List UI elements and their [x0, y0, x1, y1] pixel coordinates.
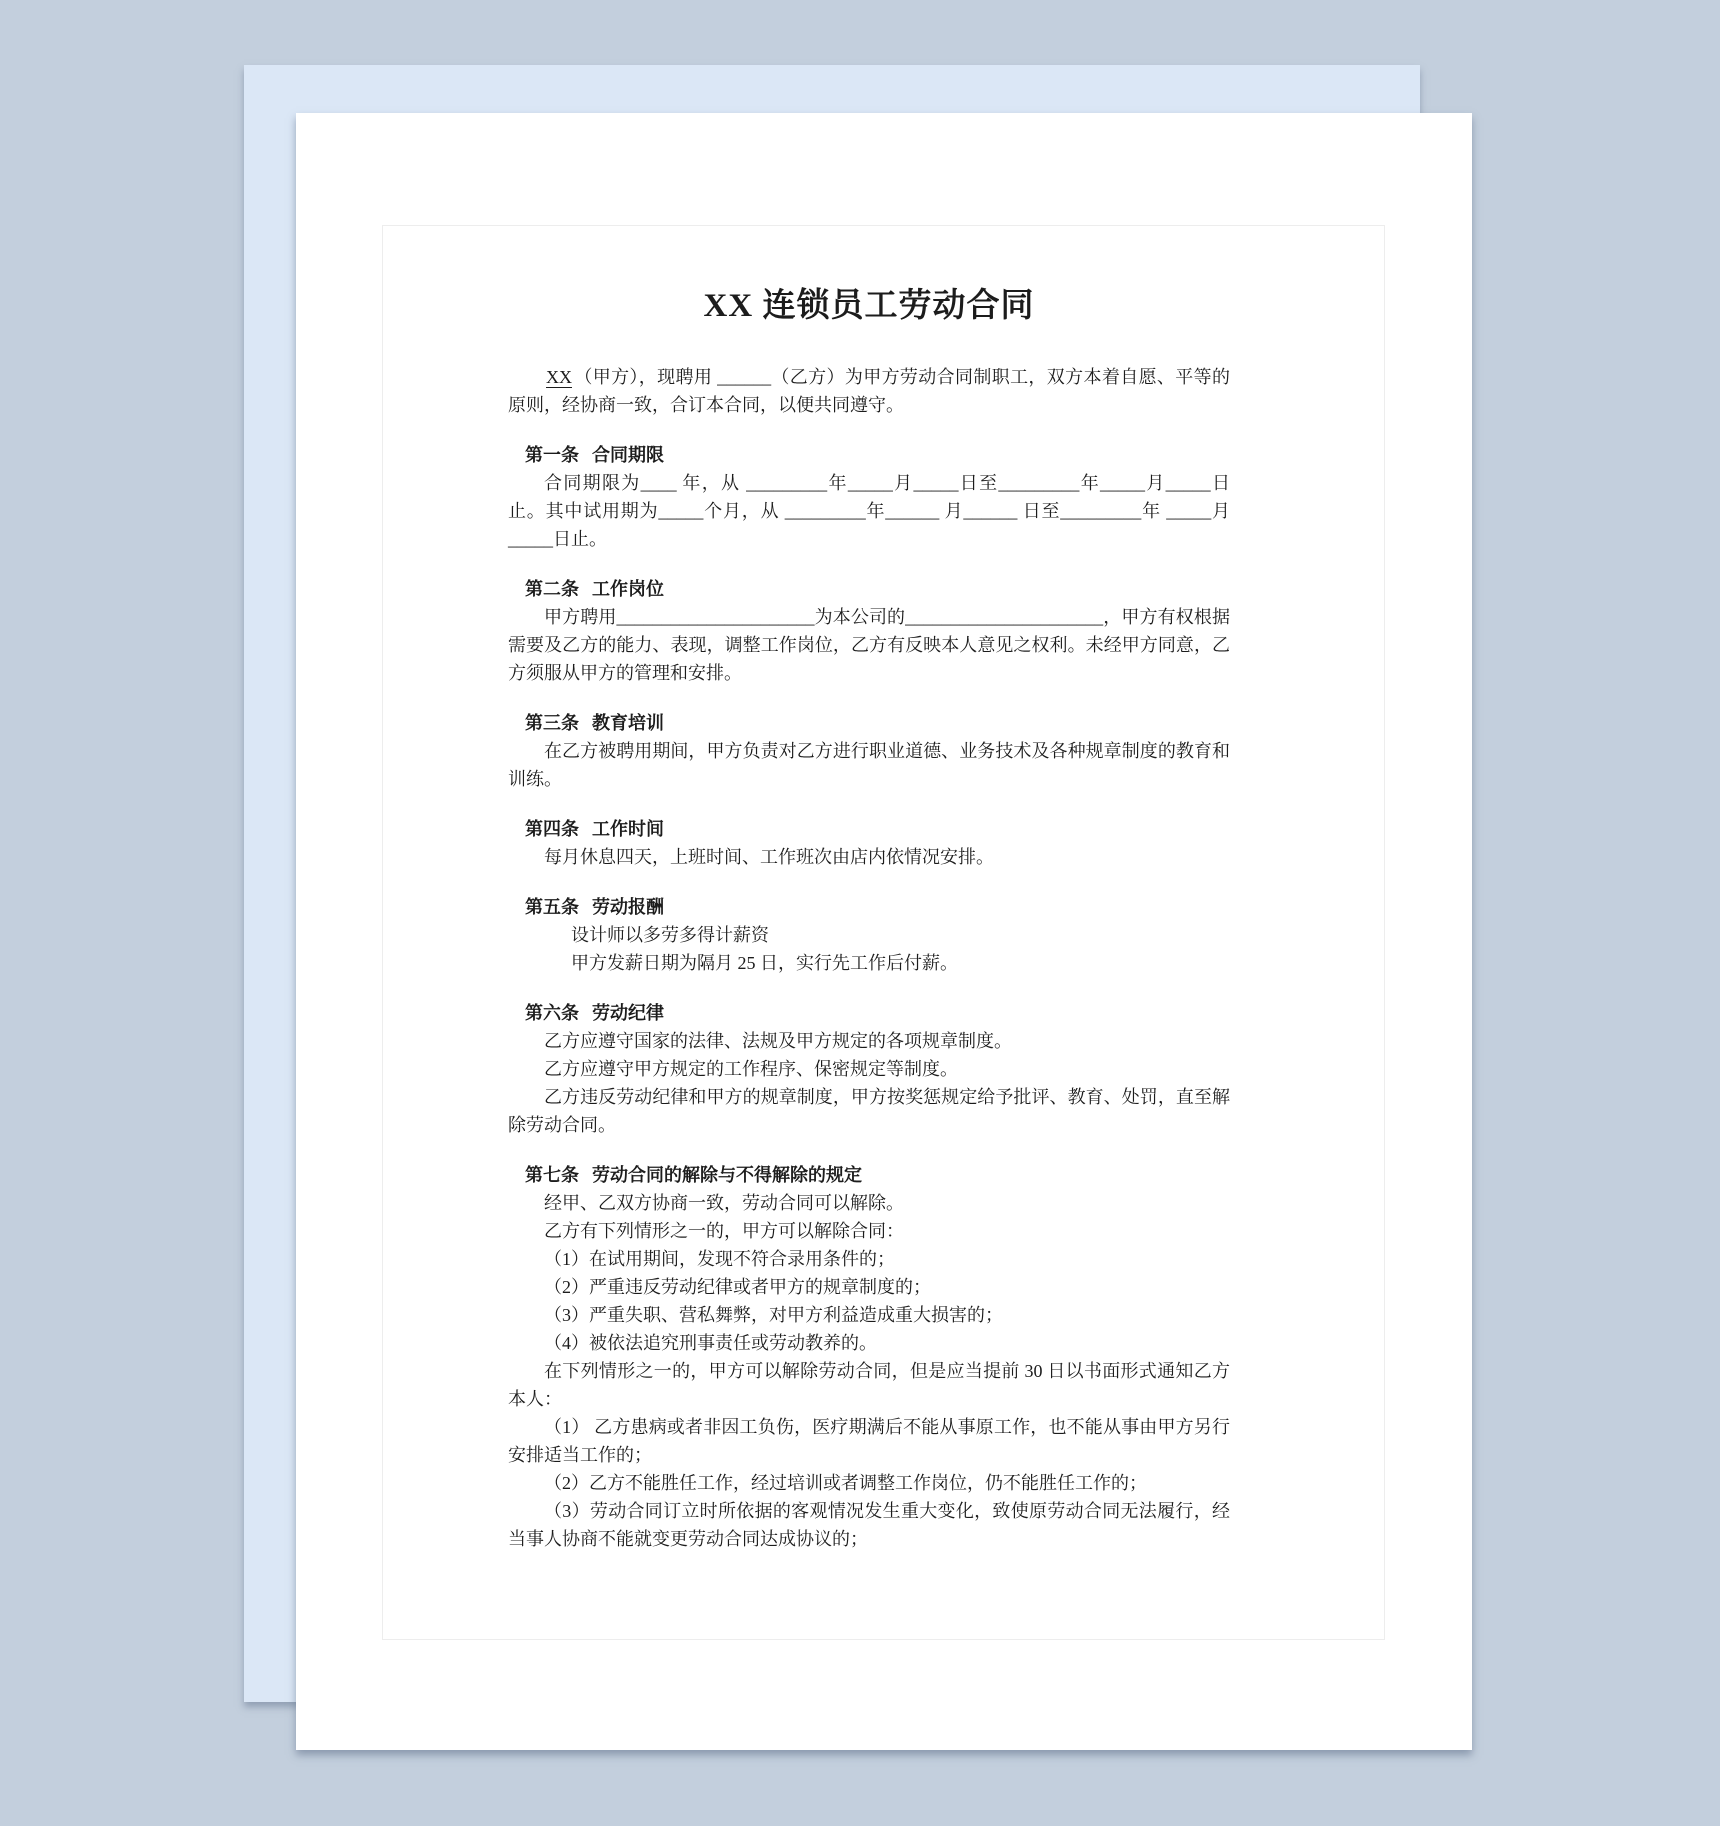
section-paragraph: 在下列情形之一的，甲方可以解除劳动合同，但是应当提前 30 日以书面形式通知乙方…	[508, 1357, 1230, 1413]
section-paragraph: （2）严重违反劳动纪律或者甲方的规章制度的；	[508, 1273, 1230, 1301]
contract-sections: 第一条合同期限合同期限为____ 年，从 _________年_____月___…	[508, 441, 1230, 1553]
contract-section: 第一条合同期限合同期限为____ 年，从 _________年_____月___…	[508, 441, 1230, 553]
section-paragraph: 乙方有下列情形之一的，甲方可以解除合同：	[508, 1217, 1230, 1245]
section-paragraph: 在乙方被聘用期间，甲方负责对乙方进行职业道德、业务技术及各种规章制度的教育和训练…	[508, 737, 1230, 793]
section-title: 教育培训	[592, 713, 664, 733]
section-heading: 第七条劳动合同的解除与不得解除的规定	[508, 1161, 1230, 1189]
section-title: 合同期限	[592, 445, 664, 465]
section-heading: 第四条工作时间	[508, 815, 1230, 843]
contract-section: 第六条劳动纪律乙方应遵守国家的法律、法规及甲方规定的各项规章制度。乙方应遵守甲方…	[508, 999, 1230, 1139]
section-heading: 第六条劳动纪律	[508, 999, 1230, 1027]
section-title: 劳动合同的解除与不得解除的规定	[592, 1165, 862, 1185]
section-heading: 第一条合同期限	[508, 441, 1230, 469]
section-number: 第四条	[525, 819, 579, 839]
section-paragraph: （1） 乙方患病或者非因工负伤，医疗期满后不能从事原工作，也不能从事由甲方另行安…	[508, 1413, 1230, 1469]
section-paragraph: （3）严重失职、营私舞弊，对甲方利益造成重大损害的；	[508, 1301, 1230, 1329]
section-title: 劳动纪律	[592, 1003, 664, 1023]
section-paragraph: 甲方聘用______________________为本公司的_________…	[508, 603, 1230, 687]
contract-section: 第三条教育培训在乙方被聘用期间，甲方负责对乙方进行职业道德、业务技术及各种规章制…	[508, 709, 1230, 793]
section-paragraph: （2）乙方不能胜任工作，经过培训或者调整工作岗位，仍不能胜任工作的；	[508, 1469, 1230, 1497]
contract-section: 第二条工作岗位甲方聘用______________________为本公司的__…	[508, 575, 1230, 687]
section-number: 第二条	[525, 579, 579, 599]
section-number: 第五条	[525, 897, 579, 917]
section-paragraph: 乙方应遵守国家的法律、法规及甲方规定的各项规章制度。	[508, 1027, 1230, 1055]
section-paragraph: 合同期限为____ 年，从 _________年_____月_____日至___…	[508, 469, 1230, 553]
section-paragraph: 设计师以多劳多得计薪资	[508, 921, 1230, 949]
section-paragraph: （3）劳动合同订立时所依据的客观情况发生重大变化，致使原劳动合同无法履行，经当事…	[508, 1497, 1230, 1553]
section-title: 劳动报酬	[592, 897, 664, 917]
section-heading: 第二条工作岗位	[508, 575, 1230, 603]
page-content: XX 连锁员工劳动合同 XX（甲方），现聘用 ______（乙方）为甲方劳动合同…	[508, 113, 1230, 1553]
section-paragraph: （4）被依法追究刑事责任或劳动教养的。	[508, 1329, 1230, 1357]
section-number: 第一条	[525, 445, 579, 465]
section-number: 第三条	[525, 713, 579, 733]
section-paragraph: 每月休息四天，上班时间、工作班次由店内依情况安排。	[508, 843, 1230, 871]
contract-section: 第四条工作时间每月休息四天，上班时间、工作班次由店内依情况安排。	[508, 815, 1230, 871]
section-paragraph: 经甲、乙双方协商一致，劳动合同可以解除。	[508, 1189, 1230, 1217]
contract-section: 第五条劳动报酬设计师以多劳多得计薪资甲方发薪日期为隔月 25 日，实行先工作后付…	[508, 893, 1230, 977]
section-title: 工作时间	[592, 819, 664, 839]
section-paragraph: 乙方违反劳动纪律和甲方的规章制度，甲方按奖惩规定给予批评、教育、处罚，直至解除劳…	[508, 1083, 1230, 1139]
section-paragraph: （1）在试用期间，发现不符合录用条件的；	[508, 1245, 1230, 1273]
party-a-blank: XX	[544, 367, 574, 387]
intro-paragraph: XX（甲方），现聘用 ______（乙方）为甲方劳动合同制职工，双方本着自愿、平…	[508, 363, 1230, 419]
contract-page: XX 连锁员工劳动合同 XX（甲方），现聘用 ______（乙方）为甲方劳动合同…	[296, 113, 1472, 1750]
section-heading: 第五条劳动报酬	[508, 893, 1230, 921]
contract-section: 第七条劳动合同的解除与不得解除的规定经甲、乙双方协商一致，劳动合同可以解除。乙方…	[508, 1161, 1230, 1553]
document-title: XX 连锁员工劳动合同	[508, 283, 1230, 329]
section-title: 工作岗位	[592, 579, 664, 599]
section-paragraph: 甲方发薪日期为隔月 25 日，实行先工作后付薪。	[508, 949, 1230, 977]
section-number: 第七条	[525, 1165, 579, 1185]
intro-text: （甲方），现聘用 ______（乙方）为甲方劳动合同制职工，双方本着自愿、平等的…	[508, 367, 1230, 415]
section-paragraph: 乙方应遵守甲方规定的工作程序、保密规定等制度。	[508, 1055, 1230, 1083]
section-heading: 第三条教育培训	[508, 709, 1230, 737]
section-number: 第六条	[525, 1003, 579, 1023]
